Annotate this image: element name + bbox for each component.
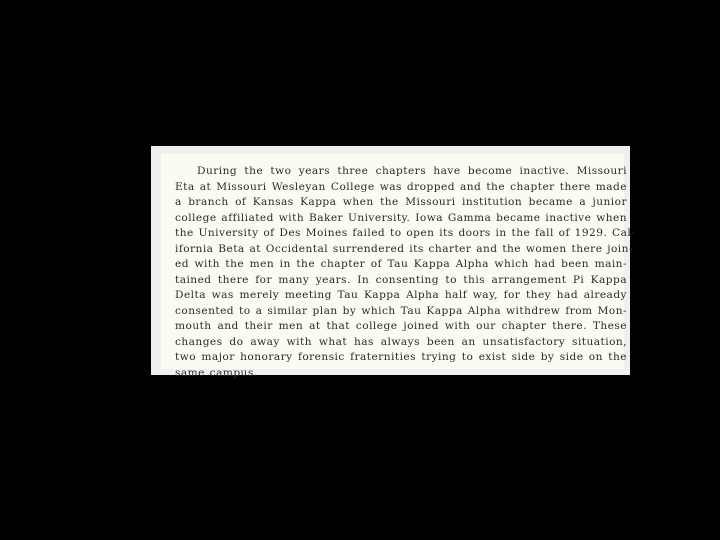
paragraph-line: Delta was merely meeting Tau Kappa Alpha… [175,288,627,304]
paragraph-line: changes do away with what has always bee… [175,335,627,351]
paragraph: During the two years three chapters have… [175,164,627,381]
paragraph-line: ifornia Beta at Occidental surrendered i… [175,242,627,258]
paragraph-line: college affiliated with Baker University… [175,211,627,227]
paragraph-line: a branch of Kansas Kappa when the Missou… [175,195,627,211]
paragraph-line: consented to a similar plan by which Tau… [175,304,627,320]
paragraph-line: the University of Des Moines failed to o… [175,226,627,242]
text-area: During the two years three chapters have… [161,154,624,369]
paragraph-line: tained there for many years. In consenti… [175,273,627,289]
paragraph-line: During the two years three chapters have… [175,164,627,180]
screen: During the two years three chapters have… [0,0,720,540]
scanned-page: During the two years three chapters have… [151,146,630,375]
paragraph-line: ed with the men in the chapter of Tau Ka… [175,257,627,273]
paragraph-line: two major honorary forensic fraternities… [175,350,627,366]
paragraph-line: Eta at Missouri Wesleyan College was dro… [175,180,627,196]
paragraph-line: mouth and their men at that college join… [175,319,627,335]
paragraph-line: same campus. [175,366,627,382]
